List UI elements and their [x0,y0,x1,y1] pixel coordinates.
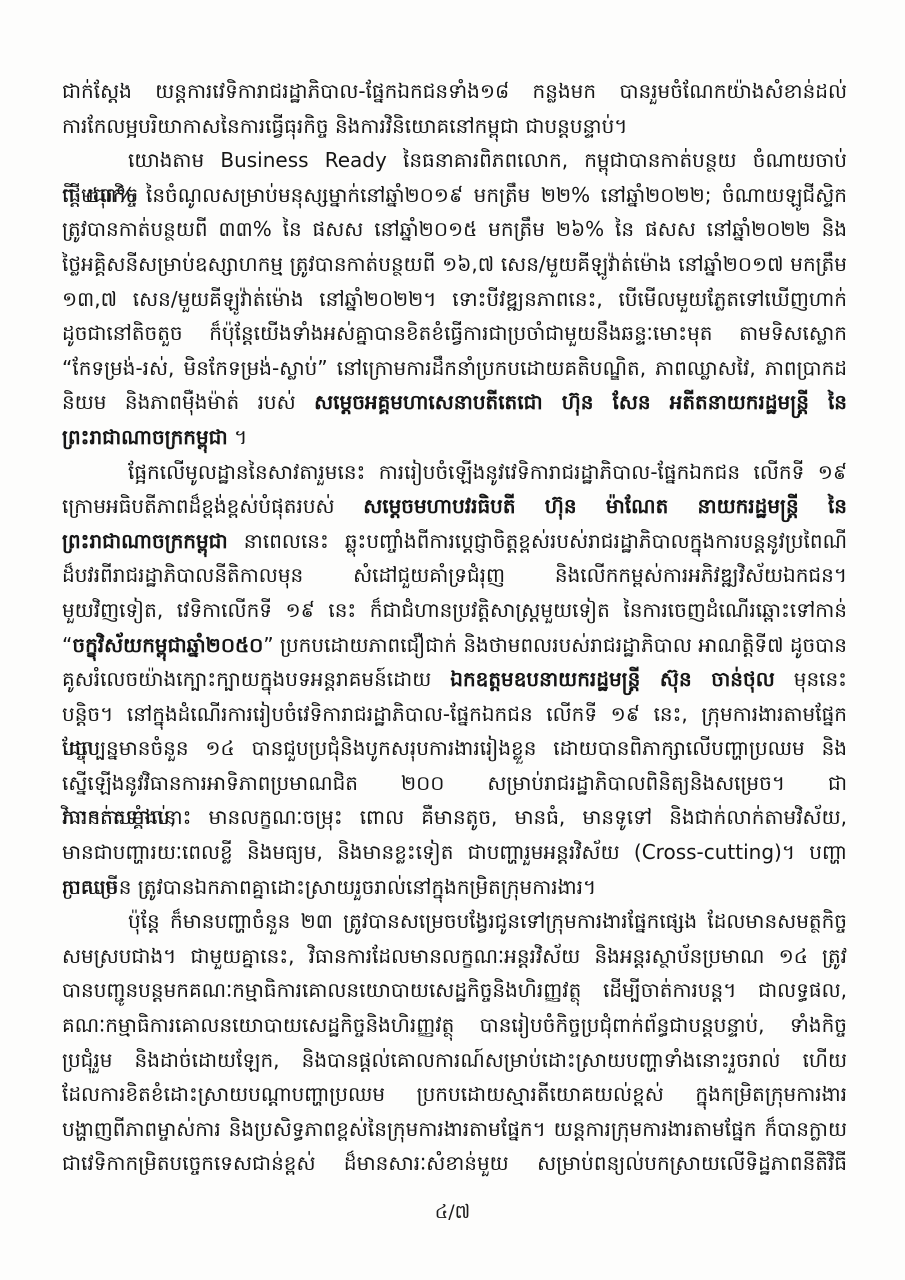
text-segment: ១៣,៧ សេន/មួយគីឡូវ៉ាត់ម៉ោង នៅឆ្នាំ២០២២។ ទ… [62,287,847,311]
text-segment: សមស្របជាង។ ជាមួយគ្នានេះ, វិធានការដែលមានល… [62,944,847,968]
text-line: បន្តិច។ នៅក្នុងដំណើរការរៀបចំវេទិការាជរដ្… [62,697,847,732]
text-line: វិធានការទាំងនោះ មានលក្ខណៈចម្រុះ ពោល គឺមា… [62,800,847,835]
text-line: ជាវេទិកាកម្រិតបច្ចេកទេសជាន់ខ្ពស់ ដ៏មានសា… [62,1146,847,1181]
paragraph: ប៉ុន្តែ ក៏មានបញ្ហាចំនួន ២៣ ត្រូវបានសម្រេ… [62,904,847,1181]
text-line: ព្រះរាជាណាចក្រកម្ពុជា នាពេលនេះ ឆ្លុះបញ្ច… [62,524,847,559]
text-line: មានជាបញ្ហារយៈពេលខ្លី និងមធ្យម, និងមានខ្ល… [62,835,847,870]
text-segment: គណៈកម្មាធិការគោលនយោបាយសេដ្ឋកិច្ចនិងហិរញ្… [62,1013,847,1037]
text-segment: ដូចជានៅតិចតួច ក៏ប៉ុន្តែយើងទាំងអស់គ្នាបាន… [62,321,847,345]
page-number: ៤/៧ [0,1200,905,1228]
text-line: ដូចជានៅតិចតួច ក៏ប៉ុន្តែយើងទាំងអស់គ្នាបាន… [62,316,847,351]
text-segment: ដែលការខិតខំដោះស្រាយបណ្តាបញ្ហាប្រឈម ប្រកប… [62,1082,847,1106]
text-segment: ជាវេទិកាកម្រិតបច្ចេកទេសជាន់ខ្ពស់ ដ៏មានសា… [62,1151,847,1175]
paragraph: ផ្អែកលើមូលដ្ឋាននៃសាវតារួមនេះ ការរៀបចំឡើង… [62,455,847,905]
text-line: ពី ៥៣% នៃចំណូលសម្រាប់មនុស្សម្នាក់នៅឆ្នាំ… [62,178,847,213]
text-segment: និយម និងភាពម៉ឺងម៉ាត់ របស់ [62,390,314,414]
text-line: ភាគច្រើន ត្រូវបានឯកភាពគ្នាដោះស្រាយរួចរាល… [62,870,847,905]
text-line: បច្ចុប្បន្នមានចំនួន ១៤ បានជួបប្រជុំនិងបូ… [62,731,847,766]
text-line: ដែលការខិតខំដោះស្រាយបណ្តាបញ្ហាប្រឈម ប្រកប… [62,1077,847,1112]
text-line: ប្រជុំរួម និងដាច់ដោយឡែក, និងបានផ្តល់គោលក… [62,1043,847,1078]
text-segment: មុននេះ [775,667,847,691]
text-segment: ផ្អែកលើមូលដ្ឋាននៃសាវតារួមនេះ ការរៀបចំឡើង… [128,460,847,484]
text-line: សមស្របជាង។ ជាមួយគ្នានេះ, វិធានការដែលមានល… [62,939,847,974]
text-segment: បានបញ្ជូនបន្តមកគណៈកម្មាធិការគោលនយោបាយសេដ… [62,978,847,1002]
text-line: គណៈកម្មាធិការគោលនយោបាយសេដ្ឋកិច្ចនិងហិរញ្… [62,1008,847,1043]
text-line: ១៣,៧ សេន/មួយគីឡូវ៉ាត់ម៉ោង នៅឆ្នាំ២០២២។ ទ… [62,282,847,317]
paragraph: យោងតាម Business Ready នៃធនាគារពិភពលោក, ក… [62,143,847,454]
text-segment: វិធានការទាំងនោះ មានលក្ខណៈចម្រុះ ពោល គឺមា… [62,805,847,829]
text-segment: ភាគច្រើន ត្រូវបានឯកភាពគ្នាដោះស្រាយរួចរាល… [62,875,596,899]
text-segment: មួយវិញទៀត, វេទិកាលើកទី ១៩ នេះ ក៏ជាជំហានប… [62,598,847,622]
text-line: ក្រោមអធិបតីភាពដ៏ខ្ពង់ខ្ពស់បំផុតរបស់ សម្ត… [62,489,847,524]
text-segment: “ [62,633,72,657]
text-segment: នាពេលនេះ ឆ្លុះបញ្ចាំងពីការប្តេជ្ញាចិត្តខ… [228,529,847,553]
text-segment: ថ្លៃអគ្គិសនីសម្រាប់ឧស្សាហកម្ម ត្រូវបានកា… [62,252,847,276]
text-segment: បច្ចុប្បន្នមានចំនួន ១៤ បានជួបប្រជុំនិងបូ… [62,736,847,760]
text-segment: ” ប្រកបដោយភាពជឿជាក់ និងថាមពលរបស់រាជរដ្ឋា… [263,633,847,657]
text-segment: ពី ៥៣% នៃចំណូលសម្រាប់មនុស្សម្នាក់នៅឆ្នាំ… [62,183,847,207]
text-line: “ចក្ខុវិស័យកម្ពុជាឆ្នាំ២០៥០” ប្រកបដោយភាព… [62,628,847,663]
bold-text-segment: ព្រះរាជាណាចក្រកម្ពុជា [62,529,228,553]
text-line: ស្នើឡើងនូវវិធានការអាទិភាពប្រមាណជិត ២០០ ស… [62,766,847,801]
text-line: គូសរំលេចយ៉ាងក្បោះក្បាយក្នុងបទអន្តរាគមន៍ដ… [62,662,847,697]
text-segment: “កែទម្រង់-រស់, មិនកែទម្រង់-ស្លាប់” នៅក្រ… [62,356,847,380]
text-segment: ។ [228,425,248,449]
text-line: យោងតាម Business Ready នៃធនាគារពិភពលោក, ក… [62,143,847,178]
bold-text-segment: ចក្ខុវិស័យកម្ពុជាឆ្នាំ២០៥០ [72,633,263,657]
text-segment: បង្ហាញពីភាពម្ចាស់ការ និងប្រសិទ្ធភាពខ្ពស់… [62,1117,847,1141]
text-line: ព្រះរាជាណាចក្រកម្ពុជា ។ [62,420,847,455]
text-line: ដ៏បវរពីរាជរដ្ឋាភិបាលនីតិកាលមុន សំដៅជួយគា… [62,558,847,593]
text-line: បានបញ្ជូនបន្តមកគណៈកម្មាធិការគោលនយោបាយសេដ… [62,973,847,1008]
text-line: ការកែលម្អបរិយាកាសនៃការធ្វើធុរកិច្ច និងកា… [62,109,847,144]
text-segment: ក្រោមអធិបតីភាពដ៏ខ្ពង់ខ្ពស់បំផុតរបស់ [62,494,363,518]
bold-text-segment: ឯកឧត្តមឧបនាយករដ្ឋមន្ត្រី ស៊ុន ចាន់ថុល [450,667,774,691]
text-segment: ត្រូវបានកាត់បន្ថយពី ៣៣% នៃ ផសស នៅឆ្នាំ២០… [62,217,847,241]
text-segment: គូសរំលេចយ៉ាងក្បោះក្បាយក្នុងបទអន្តរាគមន៍ដ… [62,667,450,691]
document-body: ជាក់ស្តែង យន្តការវេទិការាជរដ្ឋាភិបាល-ផ្ន… [62,74,847,1181]
text-line: និយម និងភាពម៉ឺងម៉ាត់ របស់ សម្តេចអគ្គមហាស… [62,385,847,420]
paragraph: ជាក់ស្តែង យន្តការវេទិការាជរដ្ឋាភិបាល-ផ្ន… [62,74,847,143]
text-segment: ប៉ុន្តែ ក៏មានបញ្ហាចំនួន ២៣ ត្រូវបានសម្រេ… [128,909,847,933]
text-line: ត្រូវបានកាត់បន្ថយពី ៣៣% នៃ ផសស នៅឆ្នាំ២០… [62,212,847,247]
document-page: ជាក់ស្តែង យន្តការវេទិការាជរដ្ឋាភិបាល-ផ្ន… [0,0,905,1280]
text-segment: ការកែលម្អបរិយាកាសនៃការធ្វើធុរកិច្ច និងកា… [62,114,627,138]
text-segment: ដ៏បវរពីរាជរដ្ឋាភិបាលនីតិកាលមុន សំដៅជួយគា… [62,563,847,587]
bold-text-segment: ព្រះរាជាណាចក្រកម្ពុជា [62,425,228,449]
text-segment: ប្រជុំរួម និងដាច់ដោយឡែក, និងបានផ្តល់គោលក… [62,1048,847,1072]
bold-text-segment: សម្តេចមហាបវរធិបតី ហ៊ុន ម៉ាណែត នាយករដ្ឋមន… [363,494,847,518]
text-line: “កែទម្រង់-រស់, មិនកែទម្រង់-ស្លាប់” នៅក្រ… [62,351,847,386]
text-line: ជាក់ស្តែង យន្តការវេទិការាជរដ្ឋាភិបាល-ផ្ន… [62,74,847,109]
text-line: ប៉ុន្តែ ក៏មានបញ្ហាចំនួន ២៣ ត្រូវបានសម្រេ… [62,904,847,939]
text-segment: ជាក់ស្តែង យន្តការវេទិការាជរដ្ឋាភិបាល-ផ្ន… [62,79,847,103]
text-line: ថ្លៃអគ្គិសនីសម្រាប់ឧស្សាហកម្ម ត្រូវបានកា… [62,247,847,282]
bold-text-segment: សម្តេចអគ្គមហាសេនាបតីតេជោ ហ៊ុន សែន អតីតនា… [314,390,847,414]
text-line: មួយវិញទៀត, វេទិកាលើកទី ១៩ នេះ ក៏ជាជំហានប… [62,593,847,628]
text-line: ផ្អែកលើមូលដ្ឋាននៃសាវតារួមនេះ ការរៀបចំឡើង… [62,455,847,490]
text-line: បង្ហាញពីភាពម្ចាស់ការ និងប្រសិទ្ធភាពខ្ពស់… [62,1112,847,1147]
